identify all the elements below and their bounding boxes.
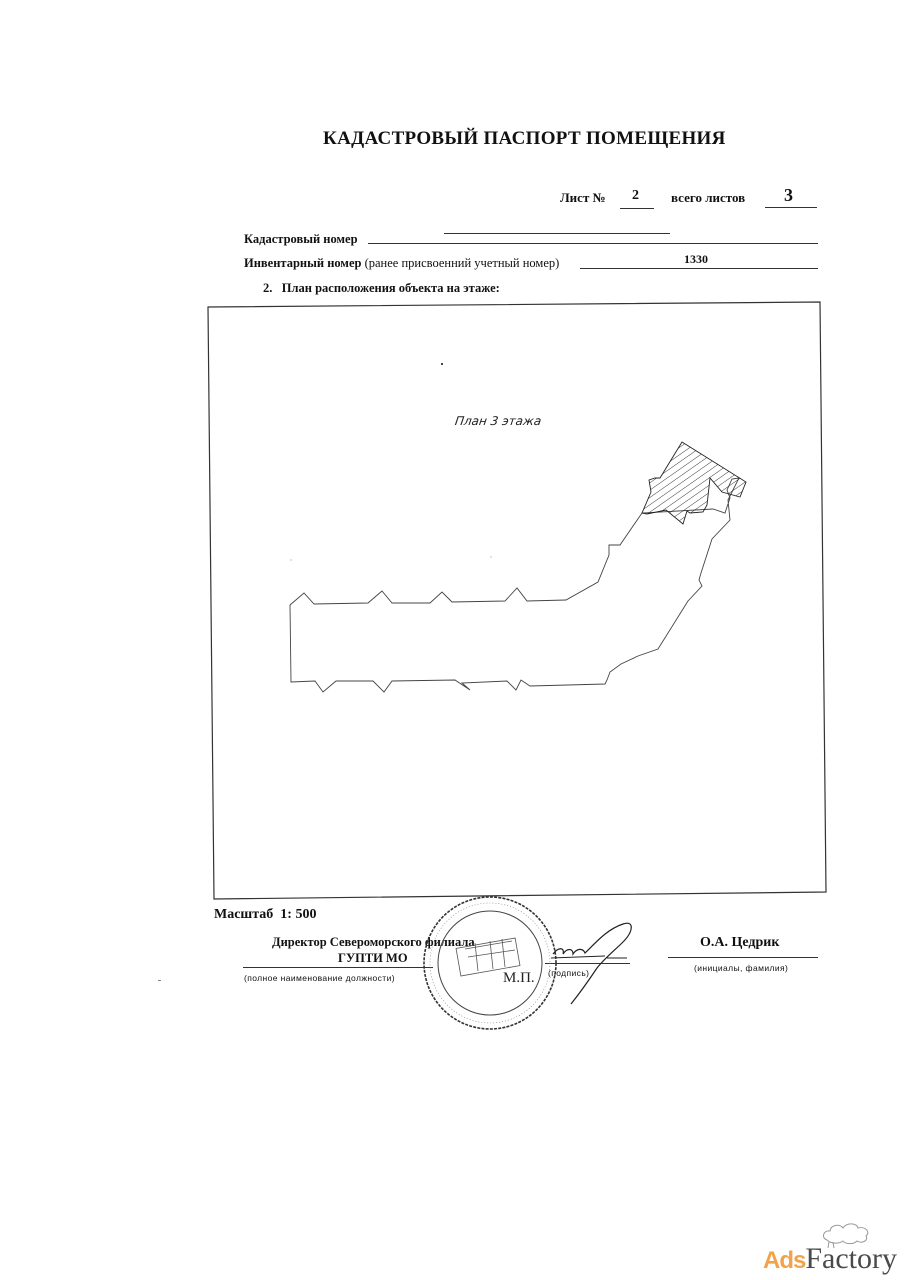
position-underline bbox=[243, 967, 433, 968]
name-caption: (инициалы, фамилия) bbox=[694, 963, 788, 973]
handwritten-signature-icon bbox=[545, 918, 640, 1008]
scale-label: Масштаб 1: 500 bbox=[214, 907, 316, 923]
floor-plan-drawing bbox=[0, 0, 905, 1280]
scale-word: Масштаб bbox=[214, 907, 273, 922]
stamp-label: М.П. bbox=[503, 970, 535, 987]
scale-value: 1: 500 bbox=[280, 907, 316, 922]
adsfactory-watermark: AdsFactory bbox=[763, 1242, 897, 1276]
position-caption: (полное наименование должности) bbox=[244, 973, 395, 983]
hatched-premises bbox=[642, 442, 746, 524]
stray-mark bbox=[158, 980, 161, 984]
official-seal-icon bbox=[420, 893, 560, 1033]
position-line-2: ГУПТИ МО bbox=[338, 951, 408, 966]
smoke-cloud-icon bbox=[817, 1214, 877, 1248]
plan-caption: План 3 этажа bbox=[454, 414, 542, 428]
watermark-ads: Ads bbox=[763, 1247, 805, 1274]
signatory-name: О.А. Цедрик bbox=[700, 935, 779, 951]
name-underline bbox=[668, 957, 818, 958]
